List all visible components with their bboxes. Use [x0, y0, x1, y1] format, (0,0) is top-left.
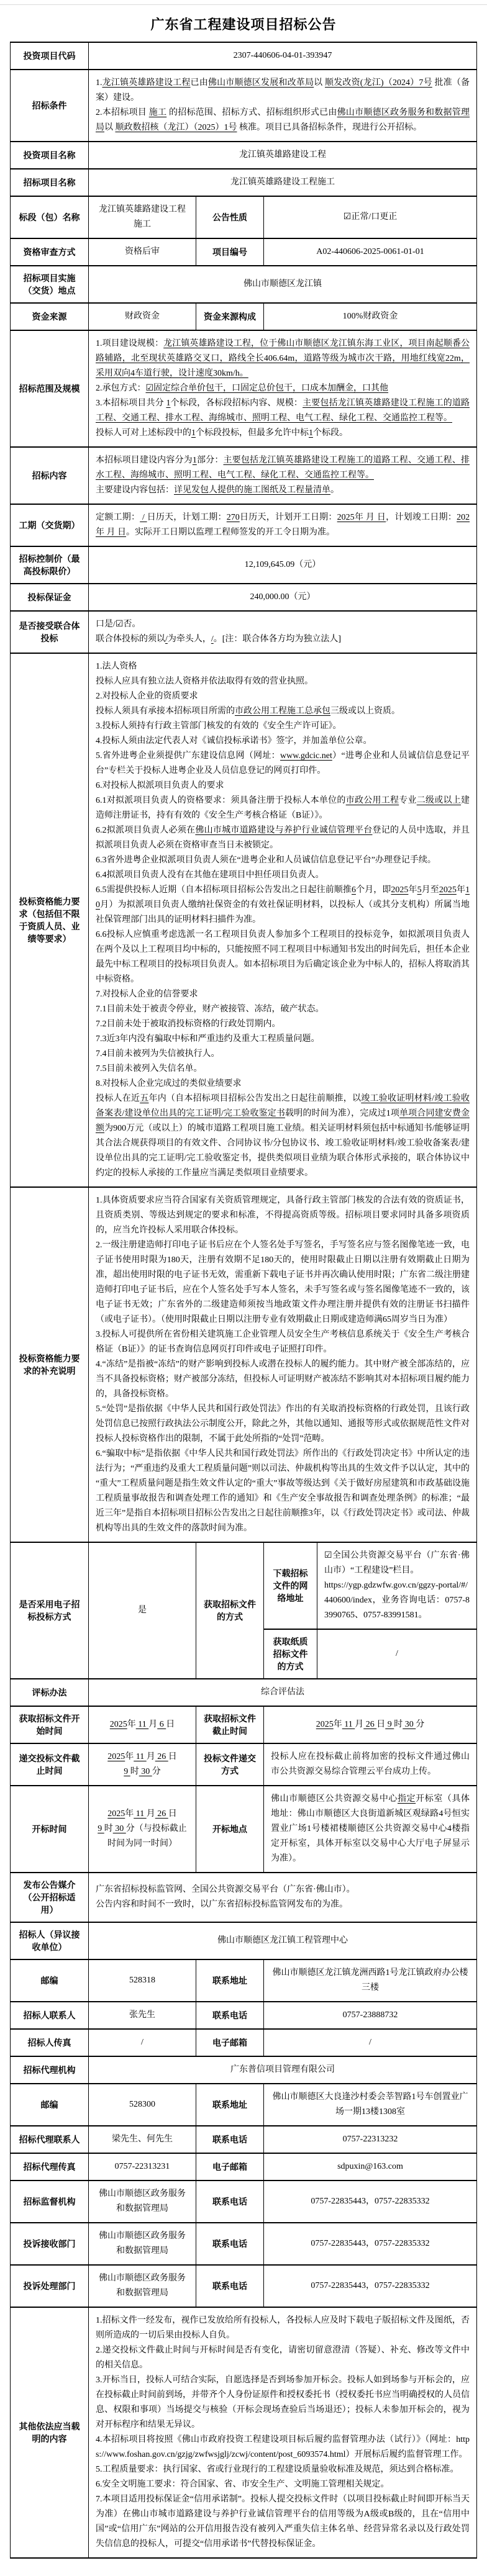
- label-evaluation-method: 评标办法: [10, 1679, 88, 1706]
- row-investment-project-code: 投资项目代码 2307-440606-04-01-393947: [10, 42, 476, 70]
- label-complaint-handling-department: 投诉处理部门: [10, 2265, 88, 2307]
- label-tender-project-name: 招标项目名称: [10, 169, 88, 196]
- value-project-number: A02-440606-2025-0061-01-01: [263, 238, 476, 266]
- value-tender-conditions: 1.龙江镇英雄路建设工程已由佛山市顺德区发展和改革局以 顺发改资(龙江)（202…: [88, 70, 476, 142]
- row-section-name-notice-nature: 标段（包）名称 龙江镇英雄路建设工程施工 公告性质 ☑正常/口更正: [10, 196, 476, 238]
- value-investment-project-name: 龙江镇英雄路建设工程: [88, 142, 476, 169]
- value-other-required-content: 1.招标文件一经发布，视作已发放给所有投标人，各投标人应及时下载电子版招标文件及…: [88, 2307, 476, 2558]
- value-tenderer-email: /: [263, 2029, 476, 2056]
- row-qualification-review-project-number: 资格审查方式 资格后审 项目编号 A02-440606-2025-0061-01…: [10, 238, 476, 266]
- value-bid-opening-time: 2025年 11 月 26 日 9 时 30 分（与投标截止时间为同一时间）: [88, 1786, 196, 1873]
- value-complaint-receiving-department: 佛山市顺德区政务服务和数据管理局: [88, 2223, 196, 2265]
- label-investment-project-code: 投资项目代码: [10, 42, 88, 70]
- label-agency-email: 电子邮箱: [196, 2153, 263, 2181]
- label-tender-agency: 招标代理机构: [10, 2056, 88, 2084]
- label-other-required-content: 其他依法应当载明的内容: [10, 2307, 88, 2558]
- value-electronic-bidding: 是: [88, 1542, 196, 1679]
- label-bid-security: 投标保证金: [10, 584, 88, 611]
- label-complaint-receiving-phone: 联系电话: [196, 2223, 263, 2265]
- value-tenderer-fax: /: [88, 2029, 196, 2056]
- label-project-number: 项目编号: [196, 238, 263, 266]
- label-notice-nature: 公告性质: [196, 196, 263, 238]
- value-agency-postcode: 528300: [88, 2084, 196, 2126]
- label-tenderer-email: 电子邮箱: [196, 2029, 263, 2056]
- row-tenderer-contact: 招标人联系人 张先生 联系电话 0757-23888732: [10, 2002, 476, 2029]
- label-paper-document-method: 获取纸质招标文件的方式: [263, 1629, 317, 1679]
- label-complaint-handling-phone: 联系电话: [196, 2265, 263, 2307]
- value-agency-email: sdpuxin@163.com: [263, 2153, 476, 2181]
- row-tender-scope-scale: 招标范围及规模 1.项目建设规模：龙江镇英雄路建设工程，位于佛山市顺德区龙江镇东…: [10, 330, 476, 447]
- value-agency-fax: 0757-22313231: [88, 2153, 196, 2181]
- value-agency-contact-person: 梁先生、何先生: [88, 2126, 196, 2153]
- label-electronic-bidding: 是否采用电子招标投标方式: [10, 1542, 88, 1679]
- value-evaluation-method: 综合评估法: [88, 1679, 476, 1706]
- row-electronic-bidding: 是否采用电子招标投标方式 是 获取招标文件的方式 下载招标文件的网络地址 ☑全国…: [10, 1542, 476, 1629]
- top-divider: [0, 4, 487, 5]
- value-bid-submission-method: 投标人应在投标截止前将加密的投标文件通过佛山市公共资源交易综合管理云平台成功上传…: [263, 1743, 476, 1786]
- label-supervision-agency: 招标监督机构: [10, 2181, 88, 2223]
- label-bid-opening-location: 开标地点: [196, 1786, 263, 1873]
- value-tender-agency: 广东普信项目管理有限公司: [88, 2056, 476, 2084]
- row-implementation-location: 招标项目实施（交货）地点 佛山市顺德区龙江镇: [10, 266, 476, 303]
- row-complaint-receiving-department: 投诉接收部门 佛山市顺德区政务服务和数据管理局 联系电话 0757-228354…: [10, 2223, 476, 2265]
- value-bid-opening-location: 佛山市顺德区公共资源交易中心指定开标室（具体地址：佛山市顺德区大良街道新城区观绿…: [263, 1786, 476, 1873]
- label-tenderer-contact-person: 招标人联系人: [10, 2002, 88, 2029]
- label-document-acquisition-method: 获取招标文件的方式: [196, 1542, 263, 1679]
- label-consortium-bidding: 是否接受联合体投标: [10, 611, 88, 653]
- value-tenderer-postcode: 528318: [88, 1959, 196, 2002]
- row-tender-agency: 招标代理机构 广东普信项目管理有限公司: [10, 2056, 476, 2084]
- value-bid-submission-deadline: 2025年 11 月 26 日 9 时 30 分: [88, 1743, 196, 1786]
- label-tender-control-price: 招标控制价（最高投标限价）: [10, 546, 88, 584]
- label-fund-source-composition: 资金来源构成: [196, 303, 263, 330]
- value-complaint-receiving-phone: 0757-22835443，0757-22835332: [263, 2223, 476, 2265]
- value-section-name: 龙江镇英雄路建设工程施工: [88, 196, 196, 238]
- row-document-acquisition-time: 获取招标文件开始时间 2025年 11 月 6 日 获取招标文件截止时间 202…: [10, 1706, 476, 1743]
- row-investment-project-name: 投资项目名称 龙江镇英雄路建设工程: [10, 142, 476, 169]
- label-investment-project-name: 投资项目名称: [10, 142, 88, 169]
- row-tenderer-fax-email: 招标人传真 / 电子邮箱 /: [10, 2029, 476, 2056]
- row-tender-project-name: 招标项目名称 龙江镇英雄路建设工程施工: [10, 169, 476, 196]
- row-fund-source: 资金来源 财政资金 资金来源构成 100%财政资金: [10, 303, 476, 330]
- row-bid-submission: 递交投标文件截止时间 2025年 11 月 26 日 9 时 30 分 投标文件…: [10, 1743, 476, 1786]
- row-qualification-supplementary-notes: 投标资格能力要求的补充说明 1.具体资质要求应当符合国家有关资质管理规定，具备行…: [10, 1187, 476, 1542]
- row-supervision-agency: 招标监督机构 佛山市顺德区政务服务和数据管理局 联系电话 0757-228354…: [10, 2181, 476, 2223]
- value-fund-source-composition: 100%财政资金: [263, 303, 476, 330]
- value-document-acquisition-deadline: 2025年 11 月 26 日 9 时 30 分: [263, 1706, 476, 1743]
- label-supervision-phone: 联系电话: [196, 2181, 263, 2223]
- label-section-name: 标段（包）名称: [10, 196, 88, 238]
- label-agency-postcode: 邮编: [10, 2084, 88, 2126]
- row-agency-fax-email: 招标代理传真 0757-22313231 电子邮箱 sdpuxin@163.co…: [10, 2153, 476, 2181]
- row-bid-opening: 开标时间 2025年 11 月 26 日 9 时 30 分（与投标截止时间为同一…: [10, 1786, 476, 1873]
- label-bid-submission-method: 投标文件递交方式: [196, 1743, 263, 1786]
- label-fund-source: 资金来源: [10, 303, 88, 330]
- label-agency-contact-person: 招标代理联系人: [10, 2126, 88, 2153]
- label-announcement-media: 发布公告媒介（公开招标适用）: [10, 1873, 88, 1922]
- row-qualification-capability-requirements: 投标资格能力要求（包括但不限于资质人员、业绩等要求） 1.法人资格投标人应具有独…: [10, 653, 476, 1187]
- label-tender-conditions: 招标条件: [10, 70, 88, 142]
- value-paper-document-method: /: [317, 1629, 476, 1679]
- row-construction-period: 工期（交货期） 定额工期： / 日历天，计划工期：270日历天，计划开工日期：2…: [10, 504, 476, 546]
- label-document-acquisition-start-time: 获取招标文件开始时间: [10, 1706, 88, 1743]
- value-consortium-bidding: 口是/☑否。联合体投标的须以/为牵头人，/。[注：联合体各方均为独立法人]: [88, 611, 476, 653]
- row-bid-security: 投标保证金 240,000.00（元）: [10, 584, 476, 611]
- value-bid-security: 240,000.00（元）: [88, 584, 476, 611]
- label-download-url: 下载招标文件的网络地址: [263, 1542, 317, 1629]
- value-qualification-capability-requirements: 1.法人资格投标人应具有独立法人资格并依法取得有效的营业执照。2.对投标人企业的…: [88, 653, 476, 1187]
- value-qualification-review-method: 资格后审: [88, 238, 196, 266]
- value-notice-nature: ☑正常/口更正: [263, 196, 476, 238]
- value-tenderer-contact-person: 张先生: [88, 2002, 196, 2029]
- row-evaluation-method: 评标办法 综合评估法: [10, 1679, 476, 1706]
- label-complaint-receiving-department: 投诉接收部门: [10, 2223, 88, 2265]
- value-tender-content: 本招标项目建设内容分为1部分：主要包括龙江镇英雄路建设工程施工的道路工程、交通工…: [88, 447, 476, 504]
- label-qualification-review-method: 资格审查方式: [10, 238, 88, 266]
- label-agency-address: 联系地址: [196, 2084, 263, 2126]
- value-announcement-media: 广东省招标投标监管网、全国公共资源交易平台（广东省·佛山市）。公告内容和时间不一…: [88, 1873, 476, 1922]
- label-document-acquisition-deadline: 获取招标文件截止时间: [196, 1706, 263, 1743]
- label-bid-submission-deadline: 递交投标文件截止时间: [10, 1743, 88, 1786]
- label-agency-phone: 联系电话: [196, 2126, 263, 2153]
- value-supervision-agency: 佛山市顺德区政务服务和数据管理局: [88, 2181, 196, 2223]
- value-implementation-location: 佛山市顺德区龙江镇: [88, 266, 476, 303]
- value-fund-source: 财政资金: [88, 303, 196, 330]
- label-implementation-location: 招标项目实施（交货）地点: [10, 266, 88, 303]
- row-agency-contact: 招标代理联系人 梁先生、何先生 联系电话 0757-22313232: [10, 2126, 476, 2153]
- page-title: 广东省工程建设项目招标公告: [0, 14, 487, 34]
- row-other-required-content: 其他依法应当载明的内容 1.招标文件一经发布，视作已发放给所有投标人，各投标人应…: [10, 2307, 476, 2558]
- label-tenderer-address: 联系地址: [196, 1959, 263, 2002]
- row-complaint-handling-department: 投诉处理部门 佛山市顺德区政务服务和数据管理局 联系电话 0757-228354…: [10, 2265, 476, 2307]
- value-complaint-handling-phone: 0757-22835443，0757-22835332: [263, 2265, 476, 2307]
- label-tenderer-fax: 招标人传真: [10, 2029, 88, 2056]
- label-bid-opening-time: 开标时间: [10, 1786, 88, 1873]
- value-tenderer: 佛山市顺德区龙江镇工程管理中心: [88, 1922, 476, 1959]
- value-investment-project-code: 2307-440606-04-01-393947: [88, 42, 476, 70]
- value-supervision-phone: 0757-22835443，0757-22835332: [263, 2181, 476, 2223]
- row-tenderer: 招标人（异议接收单位） 佛山市顺德区龙江镇工程管理中心: [10, 1922, 476, 1959]
- row-consortium-bidding: 是否接受联合体投标 口是/☑否。联合体投标的须以/为牵头人，/。[注：联合体各方…: [10, 611, 476, 653]
- value-tenderer-phone: 0757-23888732: [263, 2002, 476, 2029]
- value-download-url: ☑全国公共资源交易平台（广东省·佛山市）“工程建设”栏目。https://ygp…: [317, 1542, 476, 1629]
- label-qualification-capability-requirements: 投标资格能力要求（包括但不限于资质人员、业绩等要求）: [10, 653, 88, 1187]
- value-tenderer-address: 佛山市顺德区龙江镇龙洲西路1号龙江镇政府办公楼三楼: [263, 1959, 476, 2002]
- announcement-table: 投资项目代码 2307-440606-04-01-393947 招标条件 1.龙…: [10, 42, 477, 2559]
- label-tenderer-postcode: 邮编: [10, 1959, 88, 2002]
- label-construction-period: 工期（交货期）: [10, 504, 88, 546]
- row-announcement-media: 发布公告媒介（公开招标适用） 广东省招标投标监管网、全国公共资源交易平台（广东省…: [10, 1873, 476, 1922]
- value-qualification-supplementary-notes: 1.具体资质要求应当符合国家有关资质管理规定，具备行政主管部门核发的合法有效的资…: [88, 1187, 476, 1542]
- value-complaint-handling-department: 佛山市顺德区政务服务和数据管理局: [88, 2265, 196, 2307]
- label-tenderer-phone: 联系电话: [196, 2002, 263, 2029]
- value-tender-scope-scale: 1.项目建设规模：龙江镇英雄路建设工程，位于佛山市顺德区龙江镇东海工业区，项目南…: [88, 330, 476, 447]
- value-tender-control-price: 12,109,645.09（元）: [88, 546, 476, 584]
- row-tenderer-postcode-address: 邮编 528318 联系地址 佛山市顺德区龙江镇龙洲西路1号龙江镇政府办公楼三楼: [10, 1959, 476, 2002]
- value-agency-address: 佛山市顺德区大良逢沙村委会莘智路1号车创置业广场一期13楼1308室: [263, 2084, 476, 2126]
- row-tender-conditions: 招标条件 1.龙江镇英雄路建设工程已由佛山市顺德区发展和改革局以 顺发改资(龙江…: [10, 70, 476, 142]
- label-tender-scope-scale: 招标范围及规模: [10, 330, 88, 447]
- value-document-acquisition-start-time: 2025年 11 月 6 日: [88, 1706, 196, 1743]
- row-tender-control-price: 招标控制价（最高投标限价） 12,109,645.09（元）: [10, 546, 476, 584]
- label-qualification-supplementary-notes: 投标资格能力要求的补充说明: [10, 1187, 88, 1542]
- value-tender-project-name: 龙江镇英雄路建设工程施工: [88, 169, 476, 196]
- label-tender-content: 招标内容: [10, 447, 88, 504]
- label-agency-fax: 招标代理传真: [10, 2153, 88, 2181]
- label-tenderer: 招标人（异议接收单位）: [10, 1922, 88, 1959]
- value-agency-phone: 0757-22313232: [263, 2126, 476, 2153]
- value-construction-period: 定额工期： / 日历天，计划工期：270日历天，计划开工日期：2025年 月 日…: [88, 504, 476, 546]
- row-agency-postcode-address: 邮编 528300 联系地址 佛山市顺德区大良逢沙村委会莘智路1号车创置业广场一…: [10, 2084, 476, 2126]
- row-tender-content: 招标内容 本招标项目建设内容分为1部分：主要包括龙江镇英雄路建设工程施工的道路工…: [10, 447, 476, 504]
